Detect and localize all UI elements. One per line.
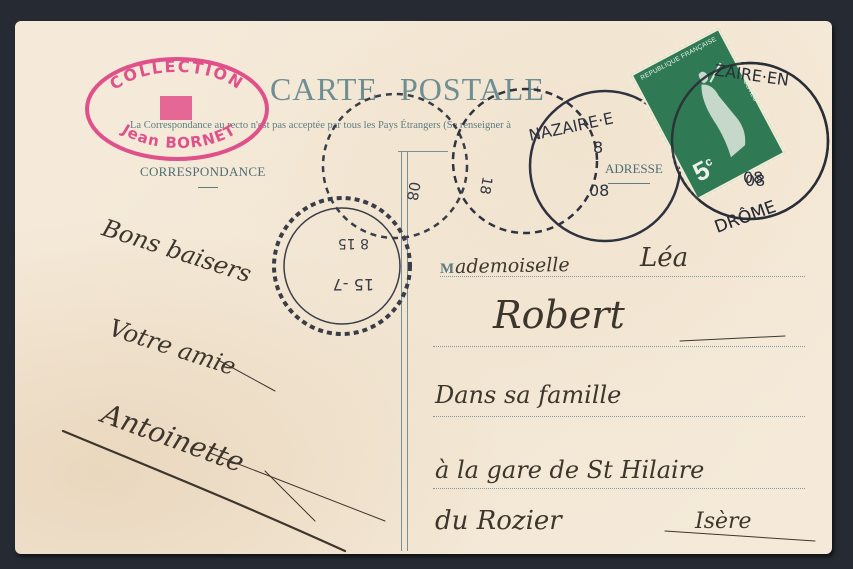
address-place: du Rozier — [435, 506, 562, 536]
center-divider-line — [407, 151, 408, 551]
postmark-st-hilaire: 18 — [453, 89, 597, 233]
message-signature: Antoinette — [97, 397, 248, 479]
address-last-name: Robert — [493, 293, 625, 337]
sower-figure-icon — [670, 53, 770, 169]
address-salutation: ademoiselle — [455, 254, 570, 278]
address-line-famille: Dans sa famille — [435, 381, 621, 409]
svg-text:8 15: 8 15 — [338, 235, 369, 251]
address-first-name: Léa — [640, 243, 688, 273]
address-line-4 — [433, 488, 805, 489]
svg-text:08: 08 — [589, 181, 609, 200]
address-line-gare: à la gare de St Hilaire — [435, 456, 704, 484]
postmark-isere: 08 — [323, 94, 467, 238]
svg-text:Jean BORNET: Jean BORNET — [118, 120, 239, 152]
collection-bornet-stamp: COLLECTION Jean BORNET — [82, 54, 272, 164]
castle-icon — [160, 96, 192, 120]
recipient-prefix-m: M — [440, 261, 454, 278]
svg-text:08: 08 — [403, 180, 424, 202]
title-postale: POSTALE — [400, 71, 545, 107]
correspondance-rule — [198, 187, 218, 188]
address-department: Isère — [695, 509, 752, 534]
adresse-rule — [608, 183, 650, 184]
svg-text:DRÔME: DRÔME — [711, 195, 778, 237]
correspondance-label: CORRESPONDANCE — [140, 164, 266, 180]
divider-top-rule — [398, 151, 448, 152]
address-line-2 — [433, 346, 805, 347]
svg-text:15 -7: 15 -7 — [333, 275, 374, 294]
adresse-label: ADRESSE — [605, 161, 663, 177]
postcard: CARTEPOSTALE La Correspondance au recto … — [15, 21, 832, 554]
svg-text:NAZAIRE·E: NAZAIRE·E — [527, 108, 615, 144]
svg-text:COLLECTION: COLLECTION — [106, 57, 248, 94]
message-line-2: Votre amie — [106, 314, 240, 381]
title-carte: CARTE — [270, 71, 378, 107]
svg-text:18: 18 — [476, 175, 495, 195]
svg-text:DRÔME: DRÔME — [711, 195, 778, 237]
svg-text:8: 8 — [593, 138, 603, 157]
message-line-1: Bons baisers — [99, 214, 255, 289]
postcard-title: CARTEPOSTALE — [270, 71, 545, 108]
address-line-3 — [433, 416, 805, 417]
center-divider-line — [401, 151, 402, 551]
postage-stamp-5c: REPUBLIQUE FRANÇAISE POSTES 5c — [625, 22, 791, 205]
postmark-notre-dame-de-l-osier: 15 -7 8 15 — [274, 198, 410, 334]
